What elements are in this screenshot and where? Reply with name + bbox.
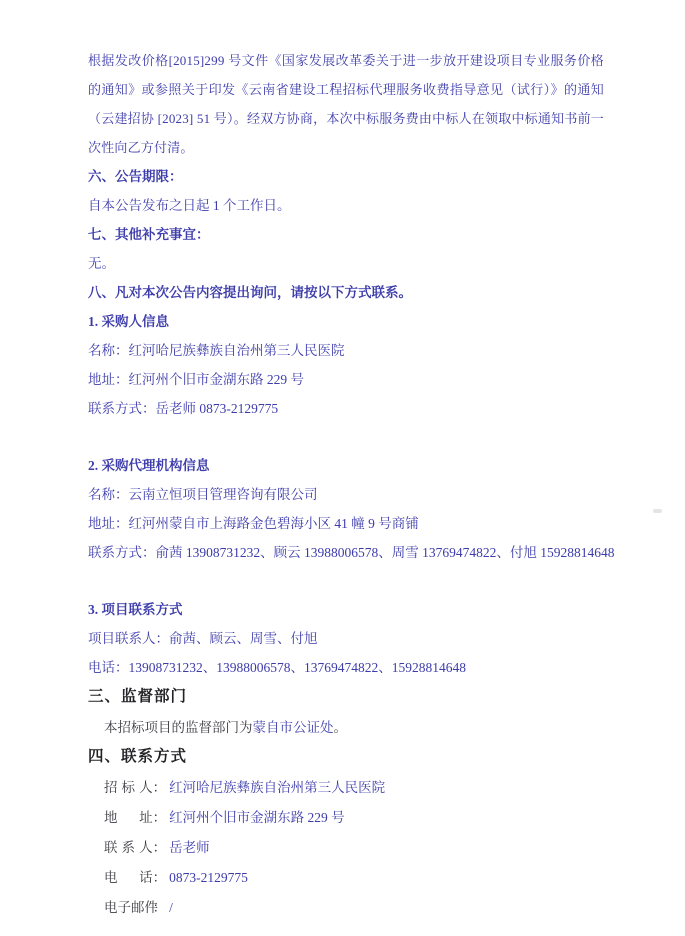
contact-label-email: 电子邮件 [104, 893, 153, 923]
purchaser-info-title: 1. 采购人信息 [88, 307, 604, 336]
supervision-body-period: 。 [334, 720, 348, 735]
contact-item-person: 联系人：岳老师 [88, 833, 604, 863]
contact-label-address: 地址 [104, 803, 153, 833]
contact-value-address: 红河州个旧市金湖东路 229 号 [166, 810, 345, 825]
contact-value-person: 岳老师 [166, 840, 210, 855]
document-page: 根据发改价格[2015]299 号文件《国家发展改革委关于进一步放开建设项目专业… [0, 0, 685, 936]
contact-item-tenderer: 招标人：红河哈尼族彝族自治州第三人民医院 [88, 773, 604, 803]
agency-address-line: 地址：红河州蒙自市上海路金色碧海小区 41 幢 9 号商铺 [88, 509, 604, 538]
contact-section-heading: 四、联系方式 [88, 742, 604, 771]
section-six-heading: 六、公告期限： [88, 162, 604, 191]
purchaser-contact-line: 联系方式：岳老师 0873-2129775 [88, 394, 604, 423]
contact-label-phone: 电话 [104, 863, 153, 893]
supervision-dept-heading: 三、监督部门 [88, 682, 604, 711]
purchaser-address-line: 地址：红河州个旧市金湖东路 229 号 [88, 365, 604, 394]
contact-label-person: 联系人 [104, 833, 153, 863]
agency-info-title: 2. 采购代理机构信息 [88, 451, 604, 480]
intro-paragraph: 根据发改价格[2015]299 号文件《国家发展改革委关于进一步放开建设项目专业… [88, 46, 604, 162]
contact-colon: ： [153, 840, 167, 855]
contact-colon: ： [153, 810, 167, 825]
contact-colon: ： [153, 900, 167, 915]
contact-value-tenderer: 红河哈尼族彝族自治州第三人民医院 [166, 780, 385, 795]
project-contact-phones-line: 电话：13908731232、13988006578、13769474822、1… [88, 653, 604, 682]
supervision-body-value: 蒙自市公证处 [253, 720, 334, 735]
project-contact-persons-line: 项目联系人：俞茜、顾云、周雪、付旭 [88, 624, 604, 653]
contact-list: 招标人：红河哈尼族彝族自治州第三人民医院 地址：红河州个旧市金湖东路 229 号… [88, 773, 604, 923]
project-contact-title: 3. 项目联系方式 [88, 595, 604, 624]
section-six-body: 自本公告发布之日起 1 个工作日。 [88, 191, 604, 220]
supervision-body-prefix: 本招标项目的监督部门为 [104, 720, 253, 735]
agency-name-line: 名称：云南立恒项目管理咨询有限公司 [88, 480, 604, 509]
contact-value-email: / [166, 900, 173, 915]
contact-item-phone: 电话：0873-2129775 [88, 863, 604, 893]
section-eight-heading: 八、凡对本次公告内容提出询问，请按以下方式联系。 [88, 278, 604, 307]
contact-colon: ： [153, 780, 167, 795]
contact-label-tenderer: 招标人 [104, 773, 153, 803]
supervision-dept-body: 本招标项目的监督部门为蒙自市公证处。 [88, 713, 604, 742]
section-seven-heading: 七、其他补充事宜： [88, 220, 604, 249]
document-content: 根据发改价格[2015]299 号文件《国家发展改革委关于进一步放开建设项目专业… [88, 46, 604, 923]
scan-artifact [653, 509, 662, 513]
agency-contact-line: 联系方式：俞茜 13908731232、顾云 13988006578、周雪 13… [88, 538, 604, 567]
contact-colon: ： [153, 870, 167, 885]
contact-value-phone: 0873-2129775 [166, 870, 248, 885]
purchaser-name-line: 名称：红河哈尼族彝族自治州第三人民医院 [88, 336, 604, 365]
contact-item-email: 电子邮件：/ [88, 893, 604, 923]
contact-item-address: 地址：红河州个旧市金湖东路 229 号 [88, 803, 604, 833]
section-seven-body: 无。 [88, 249, 604, 278]
